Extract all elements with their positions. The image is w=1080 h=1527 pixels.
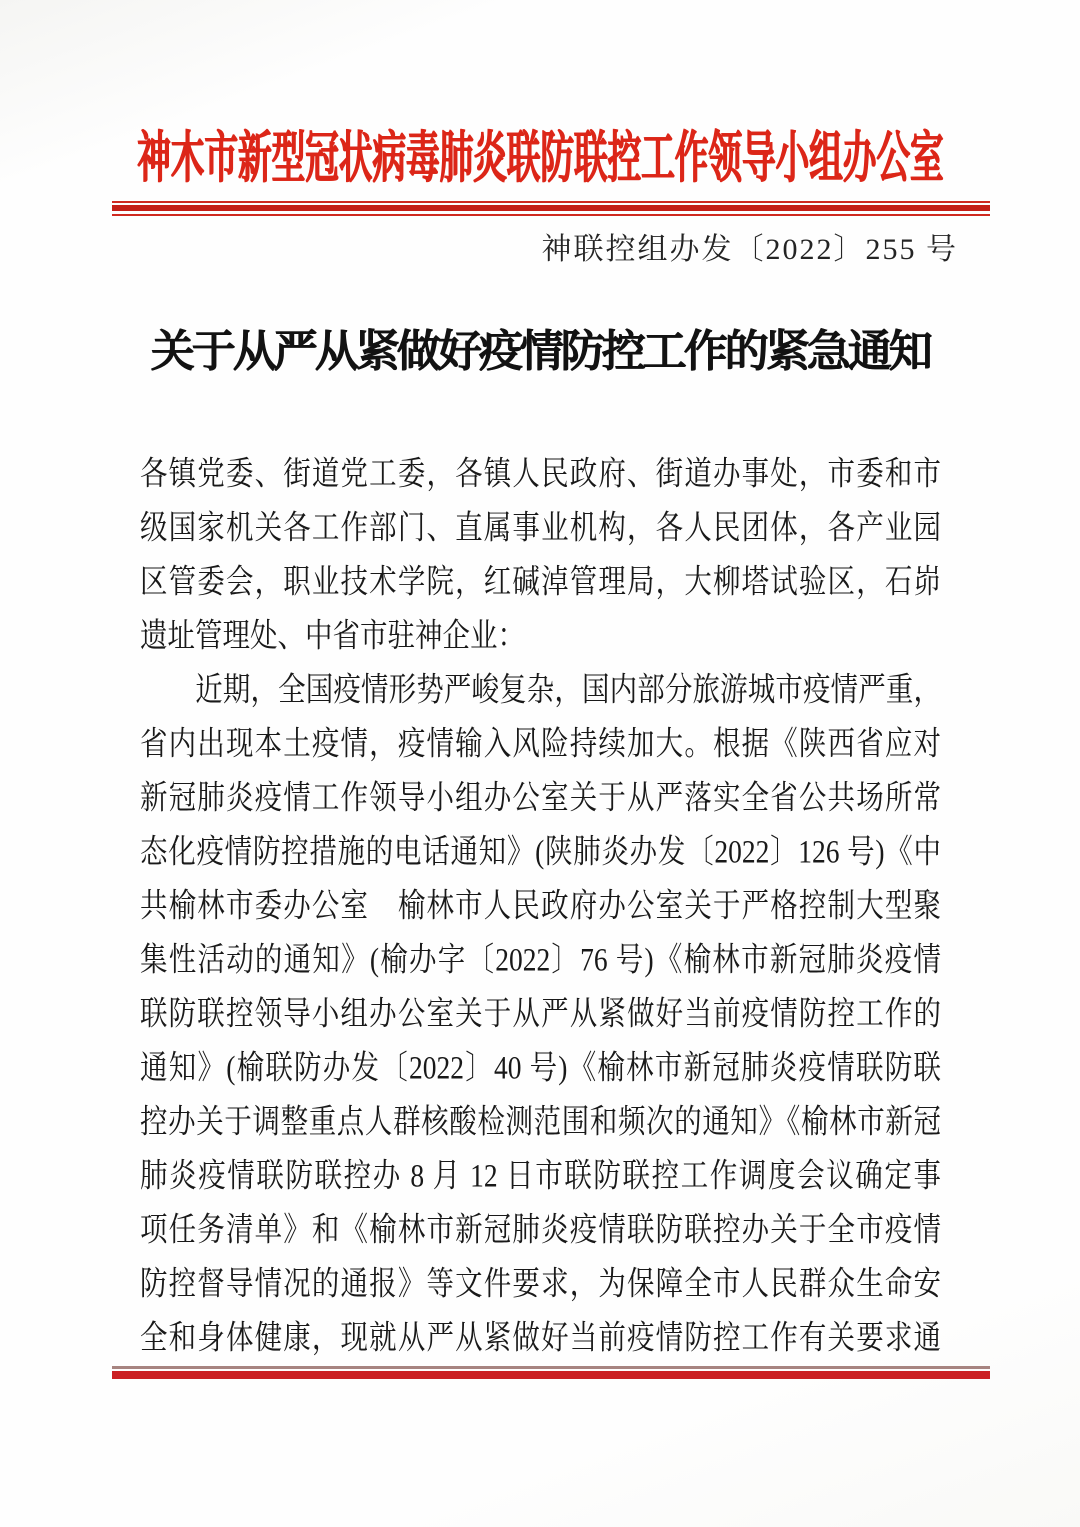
body-line: 态化疫情防控措施的电话通知》(陕肺炎办发〔2022〕126 号)《中 <box>140 824 941 878</box>
body-line: 近期，全国疫情形势严峻复杂，国内部分旅游城市疫情严重， <box>140 662 941 716</box>
body-line: 防控督导情况的通报》等文件要求，为保障全市人民群众生命安 <box>140 1256 941 1310</box>
body-line: 全和身体健康，现就从严从紧做好当前疫情防控工作有关要求通 <box>140 1310 941 1364</box>
rule-line-thick <box>112 205 990 211</box>
body-line: 省内出现本土疫情，疫情输入风险持续加大。根据《陕西省应对 <box>140 716 941 770</box>
body-line: 肺炎疫情联防联控办 8 月 12 日市联防联控工作调度会议确定事 <box>140 1148 941 1202</box>
org-header-title: 神木市新型冠状病毒肺炎联防联控工作领导小组办公室 <box>0 121 1080 197</box>
body-line: 集性活动的通知》(榆办字〔2022〕76 号)《榆林市新冠肺炎疫情 <box>140 932 941 986</box>
body-line: 遗址管理处、中省市驻神企业： <box>140 608 941 662</box>
body-line: 通知》(榆联防办发〔2022〕40 号)《榆林市新冠肺炎疫情联防联 <box>140 1040 941 1094</box>
doc-number: 神联控组办发〔2022〕255 号 <box>0 229 958 271</box>
body-line: 联防联控领导小组办公室关于从严从紧做好当前疫情防控工作的 <box>140 986 941 1040</box>
rule-line-thick <box>112 1371 990 1379</box>
rule-line-thin <box>112 214 990 216</box>
intro-paragraph: 近期，全国疫情形势严峻复杂，国内部分旅游城市疫情严重， 省内出现本土疫情，疫情输… <box>140 662 941 1364</box>
body-line: 区管委会，职业技术学院，红碱淖管理局，大柳塔试验区，石峁 <box>140 554 941 608</box>
rule-line-thin <box>112 201 990 203</box>
footer-double-rule <box>112 1366 990 1379</box>
rule-line-thin <box>112 1366 990 1369</box>
document-title: 关于从严从紧做好疫情防控工作的紧急通知 <box>0 320 1080 384</box>
body-line: 控办关于调整重点人群核酸检测范围和频次的通知》《榆林市新冠 <box>140 1094 941 1148</box>
body-line: 级国家机关各工作部门、直属事业机构，各人民团体，各产业园 <box>140 500 941 554</box>
document-page: 神木市新型冠状病毒肺炎联防联控工作领导小组办公室 神联控组办发〔2022〕255… <box>0 0 1080 1527</box>
body-line: 各镇党委、街道党工委，各镇人民政府、街道办事处，市委和市 <box>140 446 941 500</box>
header-double-rule <box>112 201 990 216</box>
addressee-paragraph: 各镇党委、街道党工委，各镇人民政府、街道办事处，市委和市 级国家机关各工作部门、… <box>140 446 941 662</box>
body-line: 新冠肺炎疫情工作领导小组办公室关于从严落实全省公共场所常 <box>140 770 941 824</box>
body-line: 共榆林市委办公室 榆林市人民政府办公室关于严格控制大型聚 <box>140 878 941 932</box>
body-line: 项任务清单》和《榆林市新冠肺炎疫情联防联控办关于全市疫情 <box>140 1202 941 1256</box>
document-body: 各镇党委、街道党工委，各镇人民政府、街道办事处，市委和市 级国家机关各工作部门、… <box>140 446 941 1364</box>
